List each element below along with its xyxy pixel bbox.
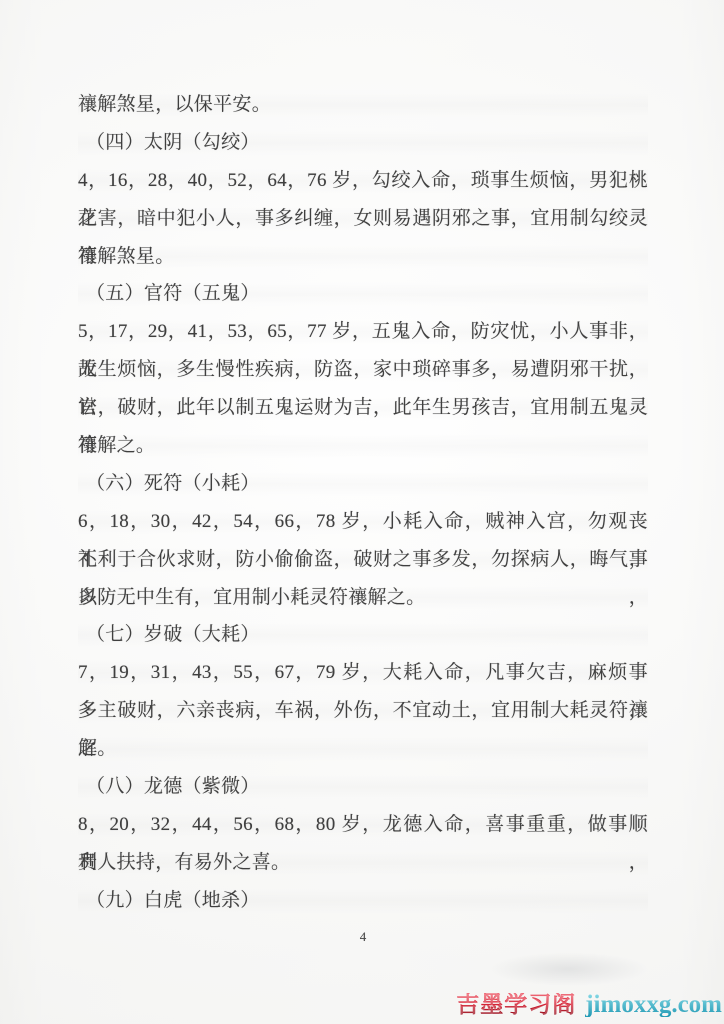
footer-domain-text: jimoxxg.com bbox=[585, 992, 722, 1017]
text-line: 讼，破财，此年以制五鬼运财为吉，此年生男孩吉，宜用制五鬼灵符 bbox=[78, 389, 648, 427]
text-line: 之害，暗中犯小人，事多纠缠，女则易遇阴邪之事，宜用制勾绞灵符 bbox=[78, 200, 648, 238]
footer-brand-logo: 吉墨学习阁 bbox=[456, 993, 576, 1016]
text-line: 故生烦恼，多生慢性疾病，防盗，家中琐碎事多，易遭阴邪干扰，官 bbox=[78, 351, 648, 389]
section-heading-6: （六）死符（小耗） bbox=[78, 465, 648, 503]
scanned-document-page: { "document": { "lines": [ { "text": "禳解… bbox=[0, 0, 724, 1024]
text-line: 多主破财，六亲丧病，车祸，外伤，不宜动土，宜用制大耗灵符禳解 bbox=[78, 692, 648, 730]
section-heading-9: （九）白虎（地杀） bbox=[78, 882, 648, 920]
text-line: 禳解之。 bbox=[78, 427, 648, 465]
document-text-block: 禳解煞星，以保平安。 （四）太阴（勾绞） 4，16，28，40，52，64，76… bbox=[78, 86, 648, 945]
text-line: 之。 bbox=[78, 730, 648, 768]
text-line: 5，17，29，41，53，65，77 岁，五鬼入命，防灾忧，小人事非，无 bbox=[78, 313, 648, 351]
section-heading-8: （八）龙德（紫微） bbox=[78, 768, 648, 806]
watermark-footer: 吉墨学习阁 jimoxxg.com bbox=[456, 992, 722, 1017]
text-line: 不利于合伙求财，防小偷偷盗，破财之事多发，勿探病人，晦气事多， bbox=[78, 541, 648, 579]
text-line: 8，20，32，44，56，68，80 岁，龙德入命，喜事重重，做事顺利， bbox=[78, 806, 648, 844]
text-line: 4，16，28，40，52，64，76 岁，勾绞入命，琐事生烦恼，男犯桃花 bbox=[78, 162, 648, 200]
text-line: 禳解煞星。 bbox=[78, 238, 648, 276]
text-line: 禳解煞星，以保平安。 bbox=[78, 86, 648, 124]
section-heading-5: （五）官符（五鬼） bbox=[78, 275, 648, 313]
text-line: 6，18，30，42，54，66，78 岁，小耗入命，贼神入宫，勿观丧礼， bbox=[78, 503, 648, 541]
text-line: 7，19，31，43，55，67，79 岁，大耗入命，凡事欠吉，麻烦事多， bbox=[78, 654, 648, 692]
section-heading-4: （四）太阴（勾绞） bbox=[78, 124, 648, 162]
scan-smudge bbox=[488, 952, 648, 986]
section-heading-7: （七）岁破（大耗） bbox=[78, 616, 648, 654]
page-number: 4 bbox=[78, 929, 648, 945]
